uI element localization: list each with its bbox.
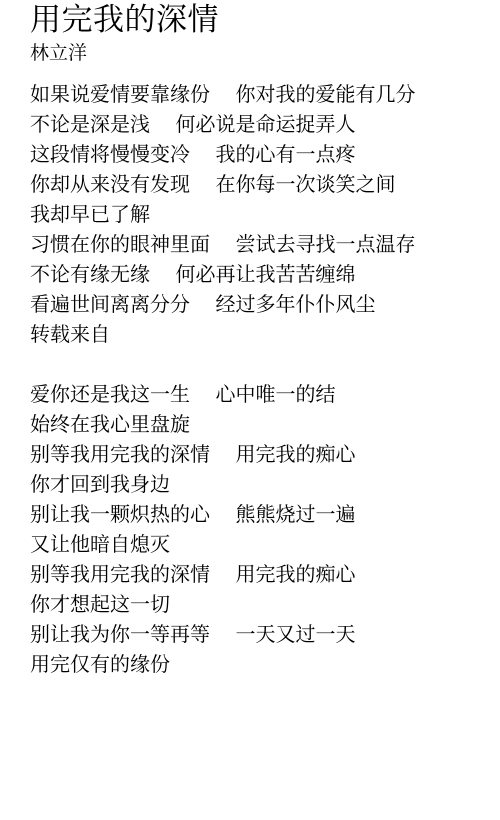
lyric-line: 爱你还是我这一生 心中唯一的结 bbox=[30, 380, 480, 410]
lyric-line: 习惯在你的眼神里面 尝试去寻找一点温存 bbox=[30, 230, 480, 260]
lyrics-page: 用完我的深情 林立洋 如果说爱情要靠缘份 你对我的爱能有几分不论是深是浅 何必说… bbox=[0, 0, 500, 820]
lyric-line: 你却从来没有发现 在你每一次谈笑之间 bbox=[30, 170, 480, 200]
lyric-line: 别让我为你一等再等 一天又过一天 bbox=[30, 620, 480, 650]
lyric-line: 我却早已了解 bbox=[30, 200, 480, 230]
lyric-line: 转载来自 bbox=[30, 320, 480, 350]
artist-name: 林立洋 bbox=[30, 42, 480, 66]
lyric-line: 你才回到我身边 bbox=[30, 470, 480, 500]
lyrics-body: 如果说爱情要靠缘份 你对我的爱能有几分不论是深是浅 何必说是命运捉弄人这段情将慢… bbox=[30, 80, 480, 680]
lyric-line: 不论是深是浅 何必说是命运捉弄人 bbox=[30, 110, 480, 140]
lyric-line: 用完仅有的缘份 bbox=[30, 650, 480, 680]
lyric-line: 别等我用完我的深情 用完我的痴心 bbox=[30, 440, 480, 470]
lyric-line: 别等我用完我的深情 用完我的痴心 bbox=[30, 560, 480, 590]
lyric-line: 别让我一颗炽热的心 熊熊烧过一遍 bbox=[30, 500, 480, 530]
lyric-line: 你才想起这一切 bbox=[30, 590, 480, 620]
lyric-line: 这段情将慢慢变冷 我的心有一点疼 bbox=[30, 140, 480, 170]
lyric-line: 如果说爱情要靠缘份 你对我的爱能有几分 bbox=[30, 80, 480, 110]
lyric-line: 不论有缘无缘 何必再让我苦苦缠绵 bbox=[30, 260, 480, 290]
lyric-line: 始终在我心里盘旋 bbox=[30, 410, 480, 440]
lyric-line: 看遍世间离离分分 经过多年仆仆风尘 bbox=[30, 290, 480, 320]
lyric-line bbox=[30, 350, 480, 380]
song-title: 用完我的深情 bbox=[30, 2, 480, 38]
lyric-line: 又让他暗自熄灭 bbox=[30, 530, 480, 560]
